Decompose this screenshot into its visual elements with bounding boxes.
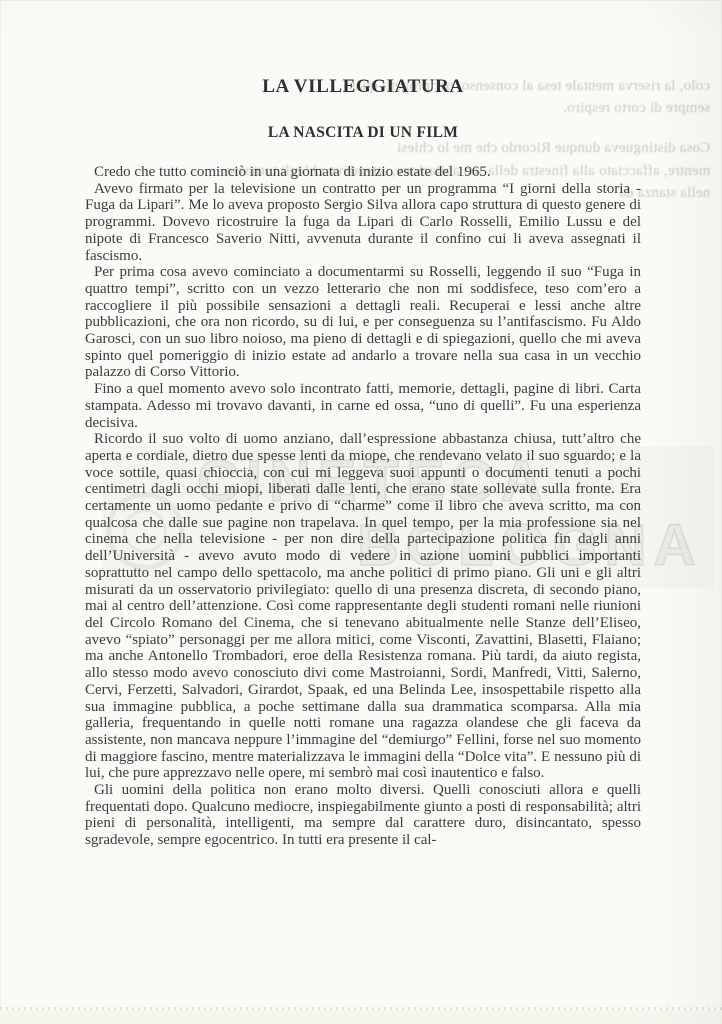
paragraph: Gli uomini della politica non erano molt…	[85, 782, 641, 849]
page-subtitle: LA NASCITA DI UN FILM	[85, 124, 641, 142]
page-content: LA VILLEGGIATURA LA NASCITA DI UN FILM C…	[85, 76, 641, 849]
paragraph: Per prima cosa avevo cominciato a docume…	[85, 264, 641, 381]
body-text: Credo che tutto cominciò in una giornata…	[85, 164, 641, 849]
paragraph: Ricordo il suo volto di uomo anziano, da…	[85, 431, 641, 782]
paragraph: Credo che tutto cominciò in una giornata…	[85, 164, 641, 181]
scanned-book-page: colo, la riserva mentale tesa al consens…	[0, 0, 722, 1024]
page-title: LA VILLEGGIATURA	[85, 76, 641, 98]
paragraph: Fino a quel momento avevo solo incontrat…	[85, 381, 641, 431]
scan-edge-band	[0, 1010, 722, 1024]
paragraph: Avevo firmato per la televisione un cont…	[85, 181, 641, 265]
